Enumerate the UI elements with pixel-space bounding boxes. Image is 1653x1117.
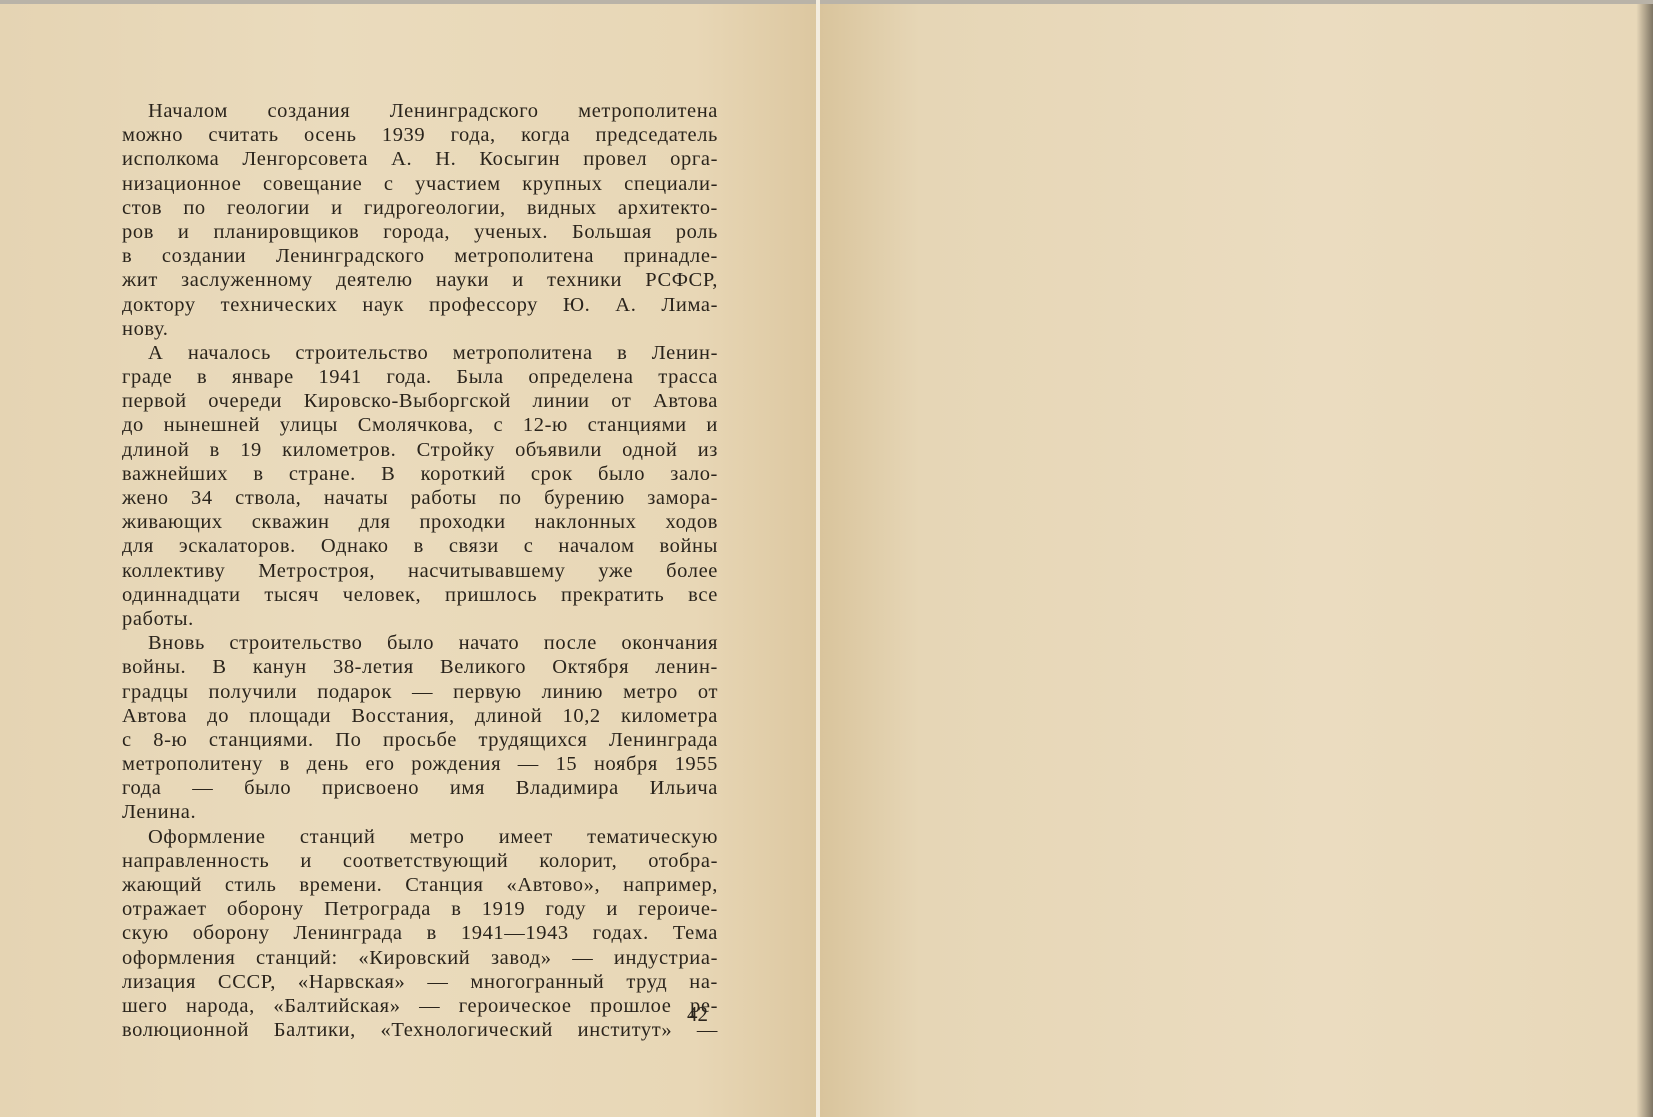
- text-line: коллективу Метростроя, насчитывавшему уж…: [122, 559, 718, 583]
- text-line: нову.: [122, 317, 718, 341]
- text-line: одиннадцати тысяч человек, пришлось прек…: [122, 583, 718, 607]
- text-line: жит заслуженному деятелю науки и техники…: [122, 268, 718, 292]
- text-line: волюционной Балтики, «Технологический ин…: [122, 1018, 718, 1042]
- text-line: граде в январе 1941 года. Была определен…: [122, 365, 718, 389]
- text-line: отражает оборону Петрограда в 1919 году …: [122, 897, 718, 921]
- text-line: можно считать осень 1939 года, когда пре…: [122, 123, 718, 147]
- text-line: работы.: [122, 607, 718, 631]
- text-line: года — было присвоено имя Владимира Ильи…: [122, 776, 718, 800]
- page-number-left: 42: [687, 1002, 708, 1027]
- text-line: Вновь строительство было начато после ок…: [122, 631, 718, 655]
- text-line: ров и планировщиков города, ученых. Боль…: [122, 220, 718, 244]
- text-line: Ленина.: [122, 800, 718, 824]
- text-line: с 8-ю станциями. По просьбе трудящихся Л…: [122, 728, 718, 752]
- text-line: первой очереди Кировско-Выборгской линии…: [122, 389, 718, 413]
- text-line: до нынешней улицы Смолячкова, с 12-ю ста…: [122, 413, 718, 437]
- paragraph: Оформление станций метро имеет тематичес…: [122, 825, 718, 1043]
- text-line: градцы получили подарок — первую линию м…: [122, 680, 718, 704]
- text-line: Началом создания Ленинградского метропол…: [122, 99, 718, 123]
- text-line: низационное совещание с участием крупных…: [122, 172, 718, 196]
- scan-edge: [820, 0, 1653, 4]
- right-page: история отечественной науки, «Пушкинская…: [820, 0, 1653, 1117]
- text-line: в создании Ленинградского метрополитена …: [122, 244, 718, 268]
- book-spread: Началом создания Ленинградского метропол…: [0, 0, 1653, 1117]
- text-line: Оформление станций метро имеет тематичес…: [122, 825, 718, 849]
- text-line: живающих скважин для проходки наклонных …: [122, 510, 718, 534]
- left-page: Началом создания Ленинградского метропол…: [0, 0, 818, 1117]
- paragraph: А началось строительство метрополитена в…: [122, 341, 718, 631]
- paragraph: Началом создания Ленинградского метропол…: [122, 99, 718, 341]
- text-line: метрополитену в день его рождения — 15 н…: [122, 752, 718, 776]
- text-line: стов по геологии и гидрогеологии, видных…: [122, 196, 718, 220]
- text-line: жено 34 ствола, начаты работы по бурению…: [122, 486, 718, 510]
- text-line: доктору технических наук профессору Ю. А…: [122, 293, 718, 317]
- text-line: оформления станций: «Кировский завод» — …: [122, 946, 718, 970]
- text-line: Автова до площади Восстания, длиной 10,2…: [122, 704, 718, 728]
- text-line: А началось строительство метрополитена в…: [122, 341, 718, 365]
- text-line: для эскалаторов. Однако в связи с начало…: [122, 534, 718, 558]
- text-line: исполкома Ленгорсовета А. Н. Косыгин про…: [122, 147, 718, 171]
- text-line: скую оборону Ленинграда в 1941—1943 года…: [122, 921, 718, 945]
- text-line: войны. В канун 38-летия Великого Октября…: [122, 655, 718, 679]
- paragraph: Вновь строительство было начато после ок…: [122, 631, 718, 825]
- text-line: шего народа, «Балтийская» — героическое …: [122, 994, 718, 1018]
- scan-edge: [0, 0, 818, 4]
- text-line: направленность и соответствующий колорит…: [122, 849, 718, 873]
- text-line: жающий стиль времени. Станция «Автово», …: [122, 873, 718, 897]
- text-line: длиной в 19 километров. Стройку объявили…: [122, 438, 718, 462]
- left-page-text: Началом создания Ленинградского метропол…: [122, 99, 718, 1042]
- text-line: важнейших в стране. В короткий срок было…: [122, 462, 718, 486]
- text-line: лизация СССР, «Нарвская» — многогранный …: [122, 970, 718, 994]
